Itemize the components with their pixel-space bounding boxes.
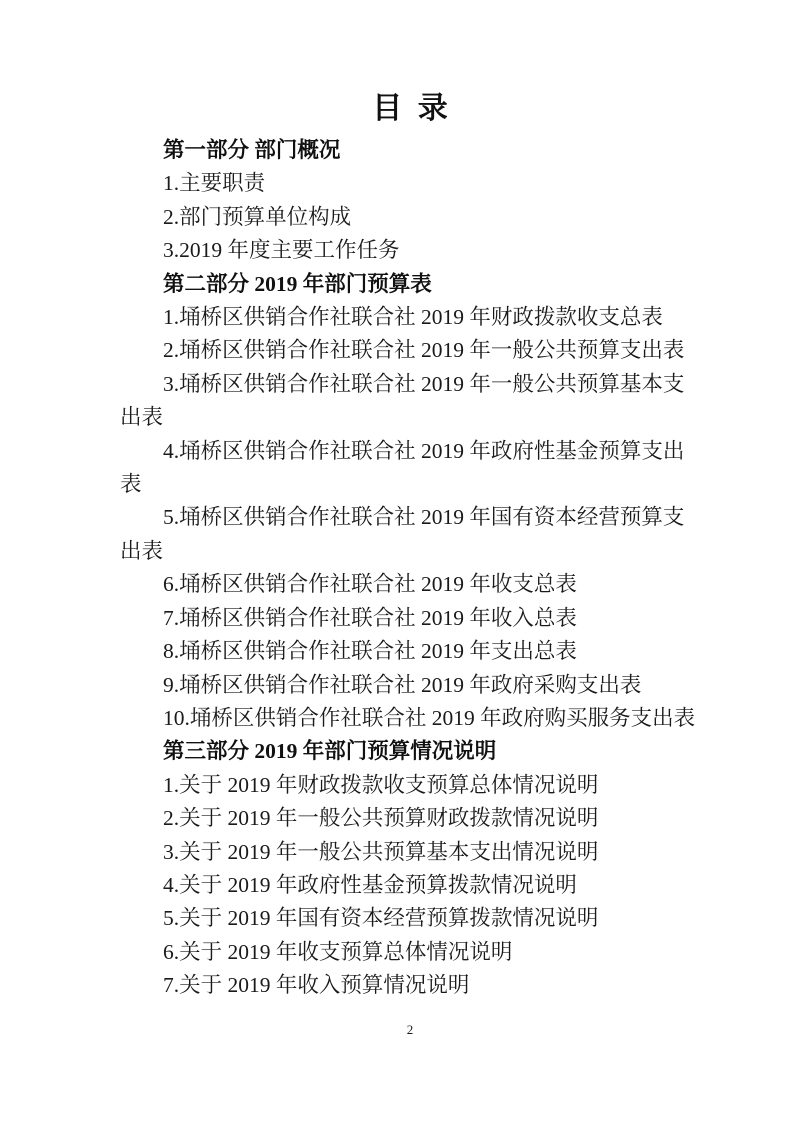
toc-item: 3.埇桥区供销合作社联合社 2019 年一般公共预算基本支出表: [120, 368, 700, 435]
page-number: 2: [120, 1022, 700, 1038]
toc-section-3-heading: 第三部分 2019 年部门预算情况说明: [120, 735, 700, 768]
toc-content: 目 录 第一部分 部门概况 1.主要职责 2.部门预算单位构成 3.2019 年…: [0, 0, 793, 1003]
toc-item: 2.部门预算单位构成: [120, 201, 700, 234]
toc-item: 4.关于 2019 年政府性基金预算拨款情况说明: [120, 869, 700, 902]
toc-item: 2.关于 2019 年一般公共预算财政拨款情况说明: [120, 802, 700, 835]
toc-item: 6.关于 2019 年收支预算总体情况说明: [120, 936, 700, 969]
toc-item: 1.主要职责: [120, 167, 700, 200]
toc-section-1-heading: 第一部分 部门概况: [120, 134, 700, 167]
toc-section-2-heading: 第二部分 2019 年部门预算表: [120, 268, 700, 301]
toc-item: 6.埇桥区供销合作社联合社 2019 年收支总表: [120, 568, 700, 601]
toc-item: 7.关于 2019 年收入预算情况说明: [120, 969, 700, 1002]
toc-item: 1.埇桥区供销合作社联合社 2019 年财政拨款收支总表: [120, 301, 700, 334]
toc-item: 5.埇桥区供销合作社联合社 2019 年国有资本经营预算支出表: [120, 501, 700, 568]
toc-item: 8.埇桥区供销合作社联合社 2019 年支出总表: [120, 635, 700, 668]
toc-item: 3.2019 年度主要工作任务: [120, 234, 700, 267]
toc-item: 2.埇桥区供销合作社联合社 2019 年一般公共预算支出表: [120, 334, 700, 367]
document-page: 目 录 第一部分 部门概况 1.主要职责 2.部门预算单位构成 3.2019 年…: [0, 0, 793, 1122]
toc-item: 3.关于 2019 年一般公共预算基本支出情况说明: [120, 836, 700, 869]
toc-item: 9.埇桥区供销合作社联合社 2019 年政府采购支出表: [120, 669, 700, 702]
toc-item: 5.关于 2019 年国有资本经营预算拨款情况说明: [120, 902, 700, 935]
toc-item: 1.关于 2019 年财政拨款收支预算总体情况说明: [120, 769, 700, 802]
toc-item: 4.埇桥区供销合作社联合社 2019 年政府性基金预算支出表: [120, 435, 700, 502]
toc-item: 7.埇桥区供销合作社联合社 2019 年收入总表: [120, 602, 700, 635]
toc-item: 10.埇桥区供销合作社联合社 2019 年政府购买服务支出表: [120, 702, 700, 735]
toc-title: 目 录: [120, 89, 700, 129]
